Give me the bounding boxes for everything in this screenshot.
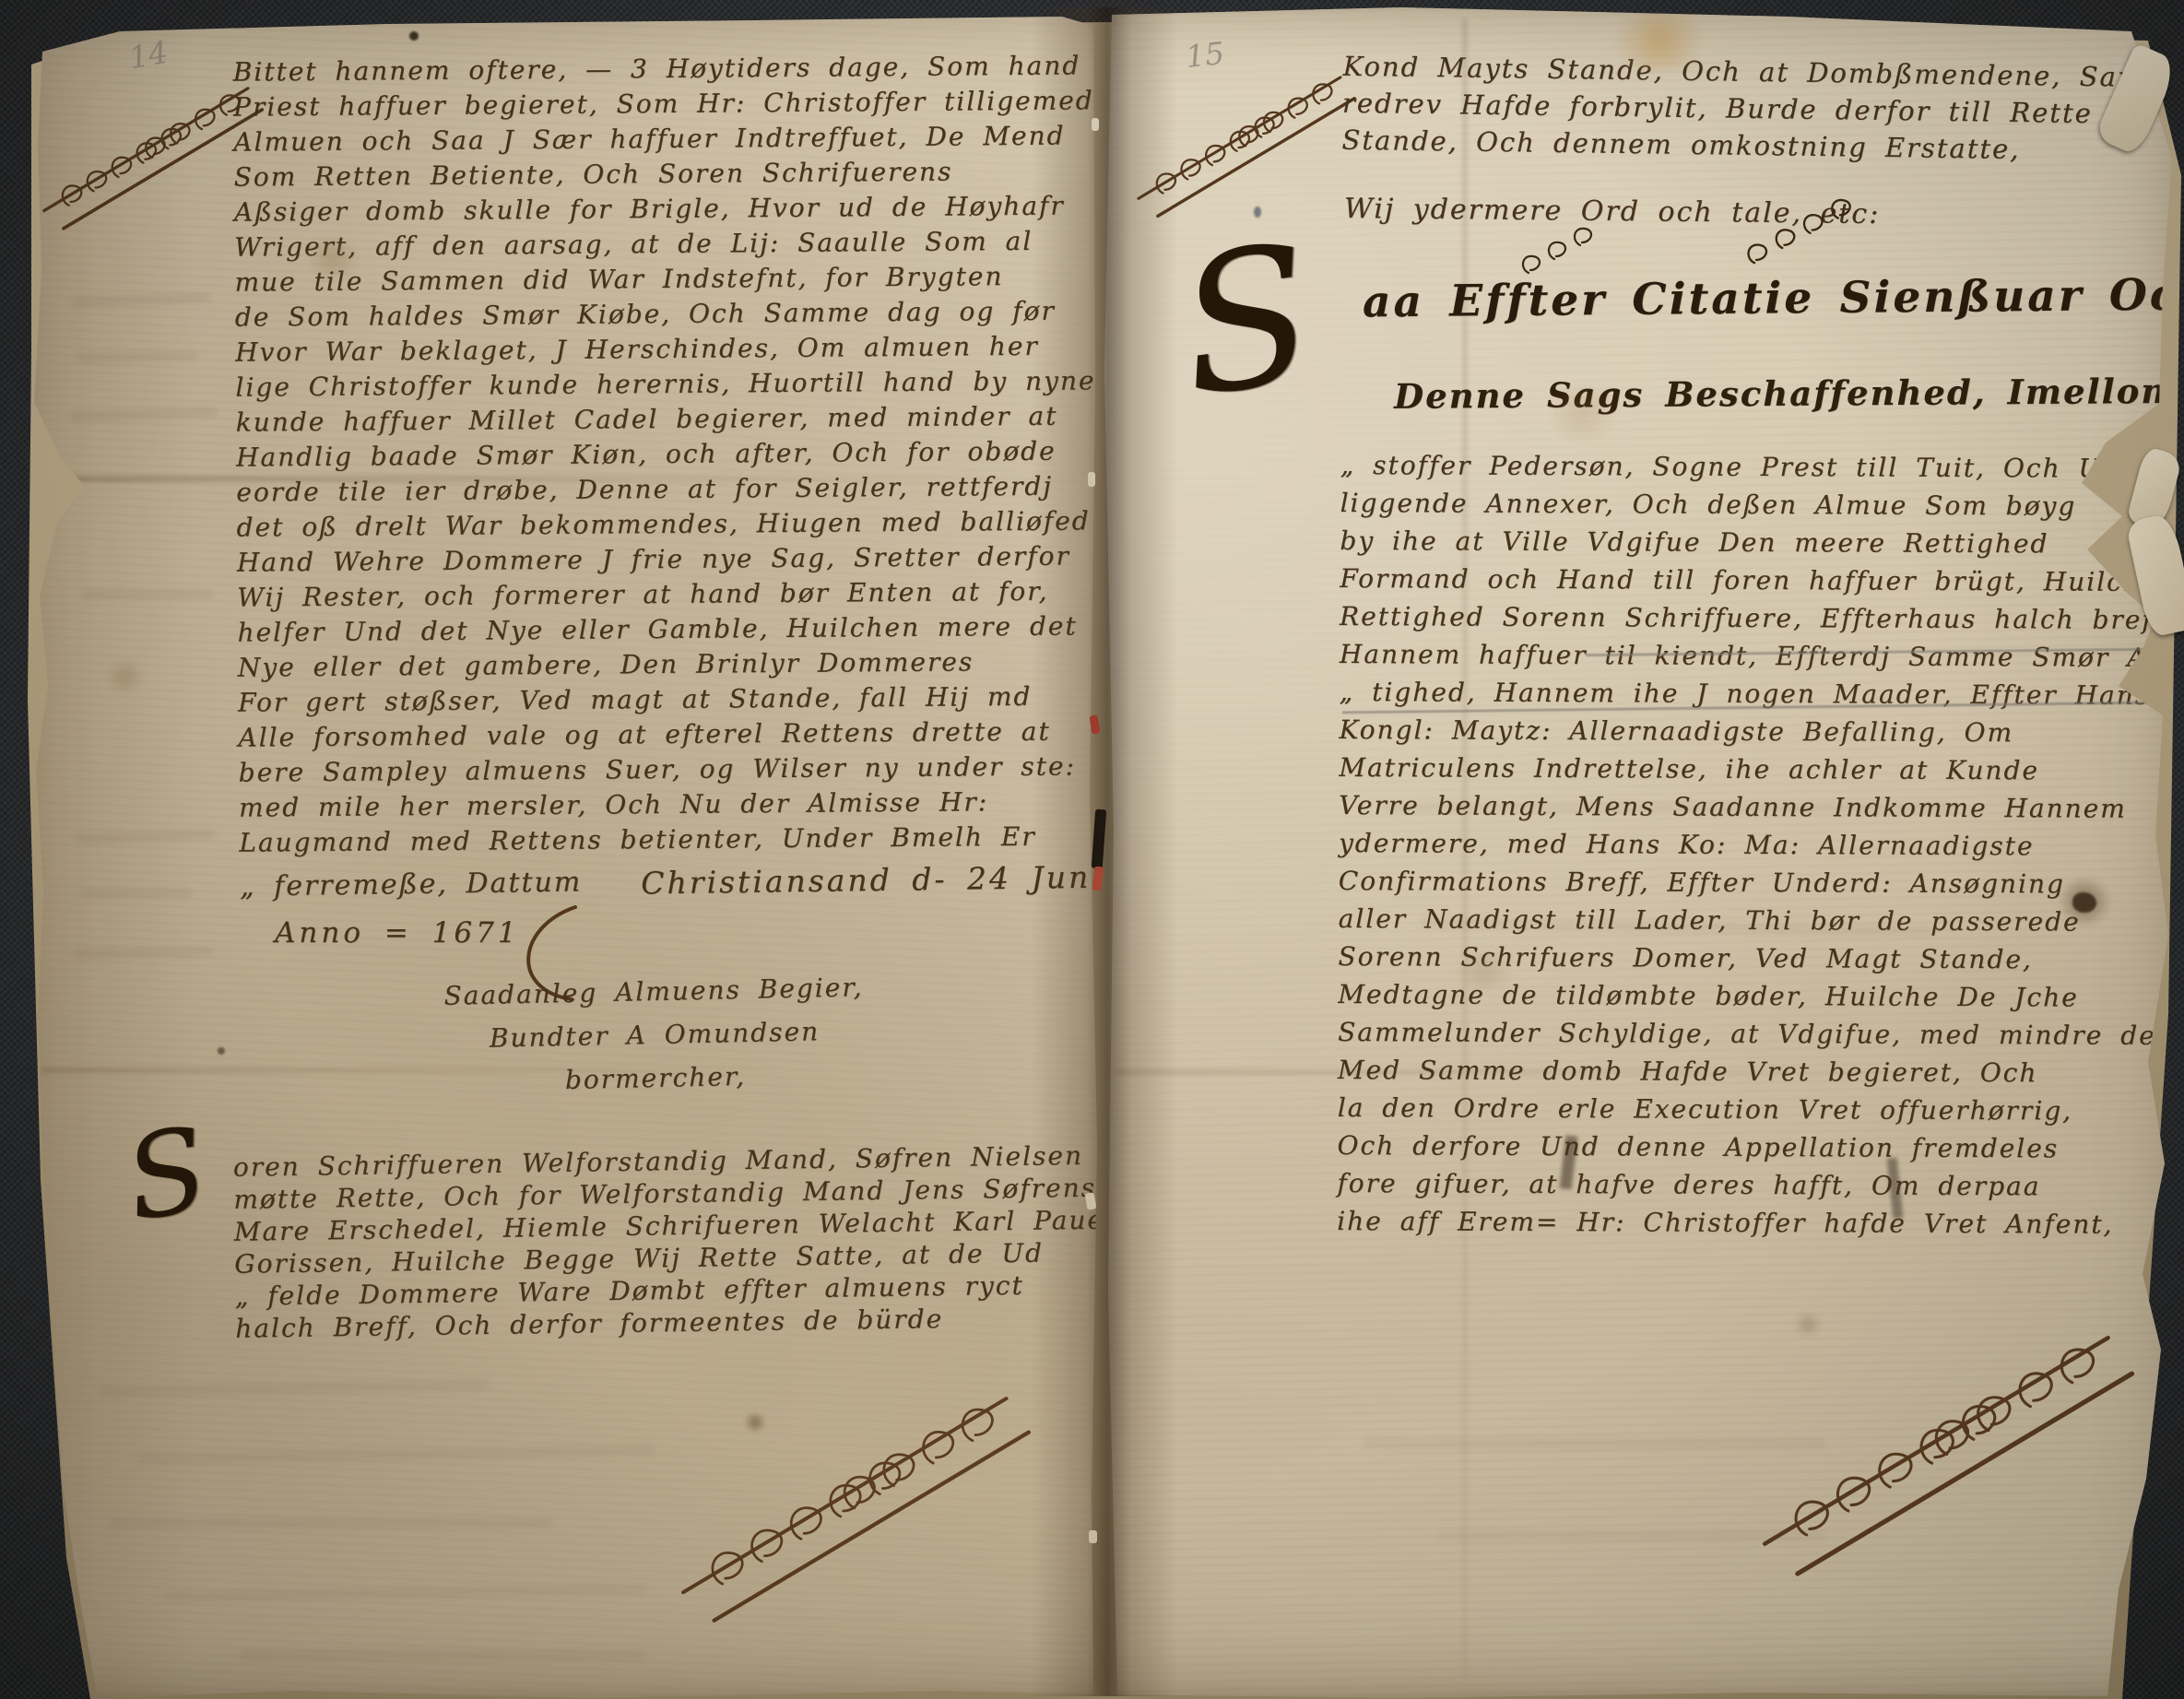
stitch-thread xyxy=(1092,118,1099,131)
stitch-thread xyxy=(1089,1530,1097,1543)
stitch-thread xyxy=(1088,472,1095,487)
manuscript-photo: 14 Bittet hannem oftere, — 3 Høytiders d… xyxy=(0,0,2184,1699)
binding-gutter xyxy=(1031,7,1178,1696)
